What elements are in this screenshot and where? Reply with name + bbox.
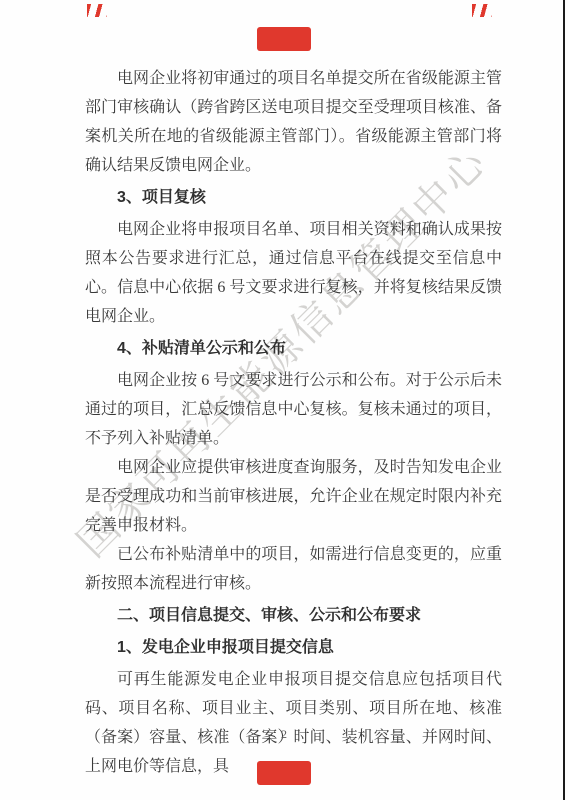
section-heading-part-two: 二、项目信息提交、审核、公示和公布要求 bbox=[85, 601, 502, 630]
document-content: 电网企业将初审通过的项目名单提交所在省级能源主管部门审核确认（跨省跨区送电项目提… bbox=[85, 64, 502, 781]
red-stamp-top bbox=[257, 27, 311, 51]
paragraph-grid-submit: 电网企业将初审通过的项目名单提交所在省级能源主管部门审核确认（跨省跨区送电项目提… bbox=[85, 64, 502, 180]
paragraph-info-change: 已公布补贴清单中的项目，如需进行信息变更的，应重新按照本流程进行审核。 bbox=[85, 540, 502, 598]
page-number: 2 bbox=[263, 727, 305, 742]
section-heading-enterprise-submission-info: 1、发电企业申报项目提交信息 bbox=[85, 633, 502, 662]
red-stamp-bottom bbox=[257, 761, 311, 785]
red-mark-top-right-icon bbox=[472, 4, 492, 17]
paragraph-publication-process: 电网企业按 6 号文要求进行公示和公布。对于公示后未通过的项目，汇总反馈信息中心… bbox=[85, 366, 502, 453]
page-right-edge-line bbox=[563, 0, 565, 800]
paragraph-progress-query-service: 电网企业应提供审核进度查询服务，及时告知发电企业是否受理成功和当前审核进展，允许… bbox=[85, 453, 502, 540]
section-heading-project-recheck: 3、项目复核 bbox=[85, 183, 502, 212]
section-heading-subsidy-list-publication: 4、补贴清单公示和公布 bbox=[85, 334, 502, 363]
red-mark-top-left-icon bbox=[87, 4, 107, 17]
paragraph-recheck-process: 电网企业将申报项目名单、项目相关资料和确认成果按照本公告要求进行汇总，通过信息平… bbox=[85, 215, 502, 331]
document-page: 国家可再生能源信息管理中心 电网企业将初审通过的项目名单提交所在省级能源主管部门… bbox=[0, 0, 568, 800]
